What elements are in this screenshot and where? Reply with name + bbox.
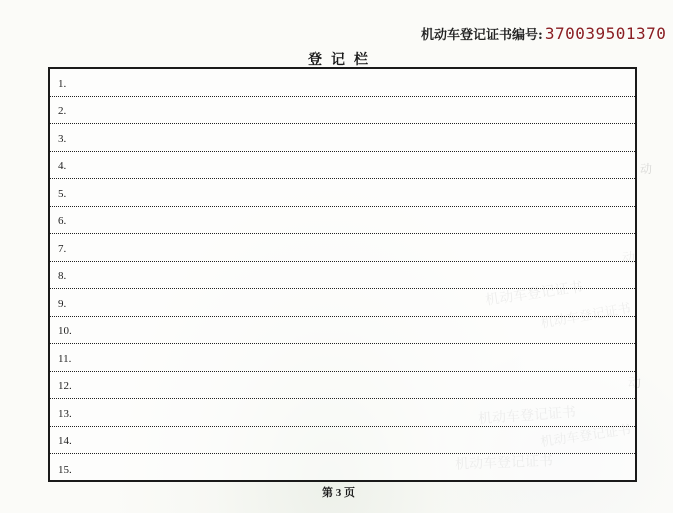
registration-entry-field[interactable] (80, 374, 631, 397)
section-title: 登记栏 (308, 49, 377, 69)
registration-row: 8. (50, 262, 635, 290)
registration-entry-field[interactable] (80, 291, 631, 314)
registration-entry-field[interactable] (80, 126, 631, 149)
certificate-number-value: 370039501370 (545, 24, 667, 43)
row-number: 11. (58, 353, 71, 365)
registration-entry-field[interactable] (80, 71, 631, 94)
registration-entry-field[interactable] (80, 429, 631, 452)
registration-entry-field[interactable] (80, 401, 631, 424)
row-number: 14. (58, 435, 72, 447)
registration-row: 6. (50, 207, 635, 235)
row-number: 15. (58, 464, 72, 476)
row-number: 6. (58, 215, 66, 227)
registration-entry-field[interactable] (80, 264, 631, 287)
registration-row: 2. (50, 97, 635, 125)
registration-row: 10. (50, 317, 635, 345)
registration-row: 7. (50, 234, 635, 262)
registration-row: 14. (50, 427, 635, 455)
registration-entry-field[interactable] (80, 209, 631, 232)
registration-row: 4. (50, 152, 635, 180)
row-number: 1. (58, 78, 66, 90)
watermark: 动 (640, 160, 652, 177)
registration-entry-field[interactable] (80, 154, 631, 177)
row-number: 7. (58, 243, 66, 255)
registration-row: 12. (50, 372, 635, 400)
row-number: 5. (58, 188, 66, 200)
registration-entry-field[interactable] (80, 99, 631, 122)
page-number: 第 3 页 (322, 484, 355, 500)
registration-entry-field[interactable] (80, 456, 631, 480)
row-number: 4. (58, 160, 66, 172)
registration-entry-field[interactable] (80, 236, 631, 259)
registration-row: 3. (50, 124, 635, 152)
registration-row: 5. (50, 179, 635, 207)
row-number: 3. (58, 133, 66, 145)
row-number: 8. (58, 270, 66, 282)
registration-entry-field[interactable] (80, 346, 631, 369)
registration-row: 15. (50, 454, 635, 482)
registration-certificate-page: 机动车登记证书 机动车登记证书 机动车登记证书 机动车登记证书 机动车登记证书 … (0, 0, 673, 513)
registration-row: 9. (50, 289, 635, 317)
row-number: 13. (58, 408, 72, 420)
registration-row: 1. (50, 69, 635, 97)
row-number: 10. (58, 325, 72, 337)
registration-row: 13. (50, 399, 635, 427)
registration-entry-field[interactable] (80, 319, 631, 342)
registration-entry-field[interactable] (80, 181, 631, 204)
row-number: 12. (58, 380, 72, 392)
registration-row: 11. (50, 344, 635, 372)
row-number: 2. (58, 105, 66, 117)
row-number: 9. (58, 298, 66, 310)
registration-table: 1. 2. 3. 4. 5. 6. 7. 8. (48, 67, 637, 482)
certificate-number: 机动车登记证书编号: 370039501370 (421, 24, 666, 43)
certificate-number-label: 机动车登记证书编号: (421, 24, 543, 43)
